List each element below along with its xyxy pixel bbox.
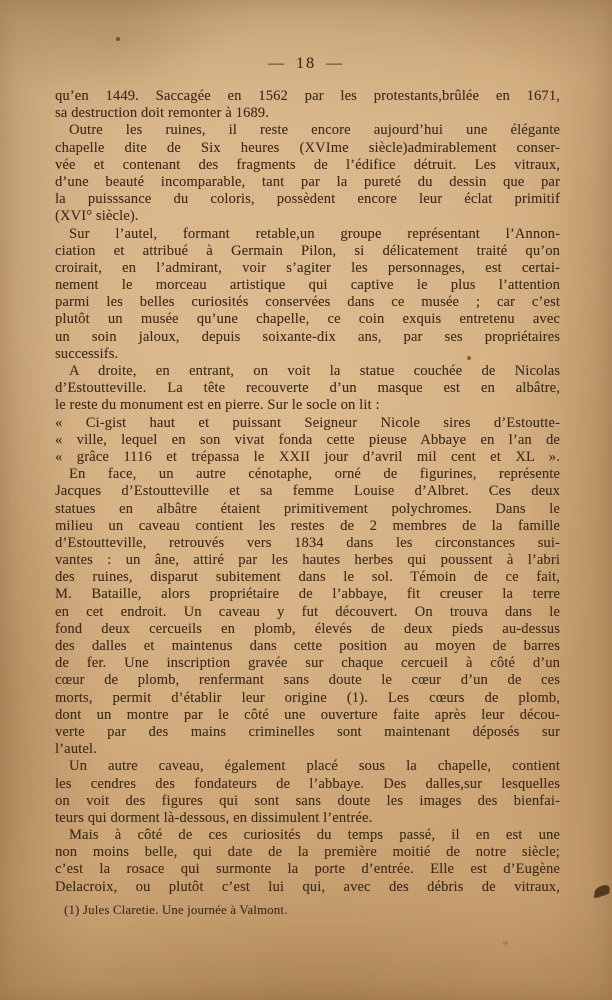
footnote: (1) Jules Claretie. Une journée à Valmon… xyxy=(64,903,544,918)
text-line: teurs qui dorment là-dessous, en dissimu… xyxy=(55,810,560,827)
para-rosace: Mais à côté de ces curiosités du temps p… xyxy=(55,827,560,896)
text-line: plutôt un musée qu’une chapelle, ce coin… xyxy=(55,311,560,328)
page-number: — 18 — xyxy=(0,55,612,73)
para-statue-nicolas: A droite, en entrant, on voit la statue … xyxy=(55,363,560,415)
faint-speck-bottom xyxy=(503,941,508,945)
text-line: morts, permit d’établir leur origine (1)… xyxy=(55,690,560,707)
text-line: non moins belle, qui date de la première… xyxy=(55,844,560,861)
text-line: c’est la rosace qui surmonte la porte d’… xyxy=(55,861,560,878)
text-line: en cet endroit. Un caveau y fut découver… xyxy=(55,604,560,621)
ink-blot-right-edge xyxy=(593,884,611,898)
para-cenotaphe: En face, un autre cénotaphe, orné de fig… xyxy=(55,466,560,758)
text-line: Un autre caveau, également placé sous la… xyxy=(55,758,560,775)
text-line: Sur l’autel, formant retable,un groupe r… xyxy=(55,226,560,243)
text-line: l’autel. xyxy=(55,741,560,758)
text-line: sa destruction doit remonter à 1689. xyxy=(55,105,560,122)
red-ink-speck xyxy=(467,356,471,360)
text-line: chapelle dite de Six heures (XVIme siècl… xyxy=(55,140,560,157)
text-line: un soin jaloux, depuis soixante-dix ans,… xyxy=(55,329,560,346)
text-line: on voit des figures qui sont sans doute … xyxy=(55,793,560,810)
text-line: successifs. xyxy=(55,346,560,363)
text-block: qu’en 1449. Saccagée en 1562 par les pro… xyxy=(55,88,560,896)
text-line: vantes : un âne, attiré par les hautes h… xyxy=(55,552,560,569)
text-line: Mais à côté de ces curiosités du temps p… xyxy=(55,827,560,844)
paper-speck-top xyxy=(116,37,120,41)
text-line: d’Estoutteville. La tête recouverte d’un… xyxy=(55,380,560,397)
text-line: des ruines, disparut subitement dans le … xyxy=(55,569,560,586)
text-line: verte par des mains criminelles sont mai… xyxy=(55,724,560,741)
text-line: « ville, lequel en son vivat fonda cette… xyxy=(55,432,560,449)
book-page: — 18 — qu’en 1449. Saccagée en 1562 par … xyxy=(0,0,612,1000)
text-line: A droite, en entrant, on voit la statue … xyxy=(55,363,560,380)
inscription-quote: « Ci-gist haut et puissant Seigneur Nico… xyxy=(55,415,560,467)
text-line: des dalles et maintenus dans cette posit… xyxy=(55,638,560,655)
text-line: parmi les belles curiosités conservées d… xyxy=(55,294,560,311)
text-line: milieu un caveau contient les restes de … xyxy=(55,518,560,535)
text-line: Delacroix, ou plutôt c’est lui qui, avec… xyxy=(55,879,560,896)
text-line: ciation et attribué à Germain Pilon, si … xyxy=(55,243,560,260)
para-caveau-fondateurs: Un autre caveau, également placé sous la… xyxy=(55,758,560,827)
para-retable: Sur l’autel, formant retable,un groupe r… xyxy=(55,226,560,364)
text-line: M. Bataille, alors propriétaire de l’abb… xyxy=(55,586,560,603)
text-line: les cendres des fondateurs de l’abbaye. … xyxy=(55,776,560,793)
text-line: En face, un autre cénotaphe, orné de fig… xyxy=(55,466,560,483)
text-line: statues en albâtre étaient primitivement… xyxy=(55,501,560,518)
text-line: fond deux cercueils en plomb, élevés de … xyxy=(55,621,560,638)
para-continuation: qu’en 1449. Saccagée en 1562 par les pro… xyxy=(55,88,560,122)
text-line: d’Estoutteville, retrouvés vers 1834 dan… xyxy=(55,535,560,552)
text-line: dont un montre par le côté une ouverture… xyxy=(55,707,560,724)
text-line: d’une beauté incomparable, tant par la p… xyxy=(55,174,560,191)
text-line: cœur de plomb, renfermant sans doute le … xyxy=(55,672,560,689)
text-line: nement le morceau artistique qui captive… xyxy=(55,277,560,294)
text-line: Outre les ruines, il reste encore aujour… xyxy=(55,122,560,139)
text-line: la puisssance du coloris, possèdent enco… xyxy=(55,191,560,208)
para-chapelle: Outre les ruines, il reste encore aujour… xyxy=(55,122,560,225)
text-line: « grâce 1116 et trépassa le XXII jour d’… xyxy=(55,449,560,466)
text-line: qu’en 1449. Saccagée en 1562 par les pro… xyxy=(55,88,560,105)
text-line: de fer. Une inscription gravée sur chaqu… xyxy=(55,655,560,672)
text-line: (XVI° siècle). xyxy=(55,208,560,225)
text-line: « Ci-gist haut et puissant Seigneur Nico… xyxy=(55,415,560,432)
text-line: vée et contenant des fragments de l’édif… xyxy=(55,157,560,174)
text-line: croirait, en l’admirant, voir s’agiter l… xyxy=(55,260,560,277)
text-line: Jacques d’Estoutteville et sa femme Loui… xyxy=(55,483,560,500)
text-line: le reste du monument est en pierre. Sur … xyxy=(55,397,560,414)
